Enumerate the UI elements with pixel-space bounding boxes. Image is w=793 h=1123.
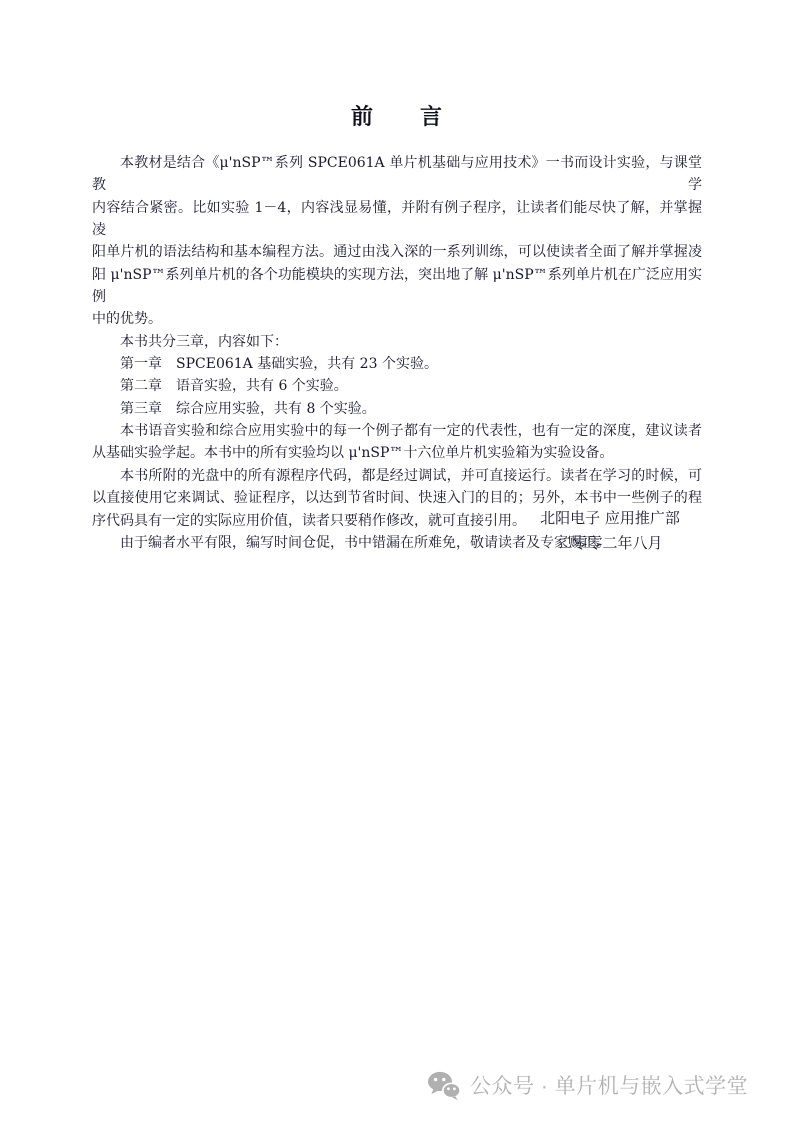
- chapter-list-item: 第三章 综合应用实验，共有 8 个实验。: [92, 398, 702, 420]
- chapter-list-item: 第一章 SPCE061A 基础实验，共有 23 个实验。: [92, 353, 702, 375]
- preface-line: 中的优势。: [92, 308, 702, 330]
- watermark: 公众号 · 单片机与嵌入式学堂: [427, 1070, 748, 1100]
- preface-line: 阳单片机的语法结构和基本编程方法。通过由浅入深的一系列训练，可以使读者全面了解并…: [92, 241, 702, 263]
- chapter-list-item: 第二章 语音实验，共有 6 个实验。: [92, 375, 702, 397]
- preface-line: 阳 μ'nSP™系列单片机的各个功能模块的实现方法，突出地了解 μ'nSP™系列…: [92, 264, 702, 309]
- watermark-text: 公众号 · 单片机与嵌入式学堂: [470, 1070, 748, 1100]
- preface-body: 本教材是结合《μ'nSP™系列 SPCE061A 单片机基础与应用技术》一书而设…: [92, 152, 702, 554]
- wechat-icon: [427, 1071, 461, 1100]
- page-title: 前 言: [92, 100, 702, 131]
- signature-org: 北阳电子 应用推广部: [500, 506, 720, 531]
- signature-block: 北阳电子 应用推广部 二零零二年八月: [500, 506, 720, 555]
- preface-page: 前 言 本教材是结合《μ'nSP™系列 SPCE061A 单片机基础与应用技术》…: [0, 0, 793, 1123]
- preface-line: 本书所附的光盘中的所有源程序代码，都是经过调试，并可直接运行。读者在学习的时候，…: [92, 465, 702, 487]
- preface-line: 本书共分三章，内容如下：: [92, 331, 702, 353]
- preface-line: 本书语音实验和综合应用实验中的每一个例子都有一定的代表性，也有一定的深度，建议读…: [92, 420, 702, 442]
- preface-line: 从基础实验学起。本书中的所有实验均以 μ'nSP™十六位单片机实验箱为实验设备。: [92, 442, 702, 464]
- preface-line: 本教材是结合《μ'nSP™系列 SPCE061A 单片机基础与应用技术》一书而设…: [92, 152, 702, 197]
- preface-line: 内容结合紧密。比如实验 1－4，内容浅显易懂，并附有例子程序，让读者们能尽快了解…: [92, 197, 702, 242]
- signature-date: 二零零二年八月: [500, 531, 720, 556]
